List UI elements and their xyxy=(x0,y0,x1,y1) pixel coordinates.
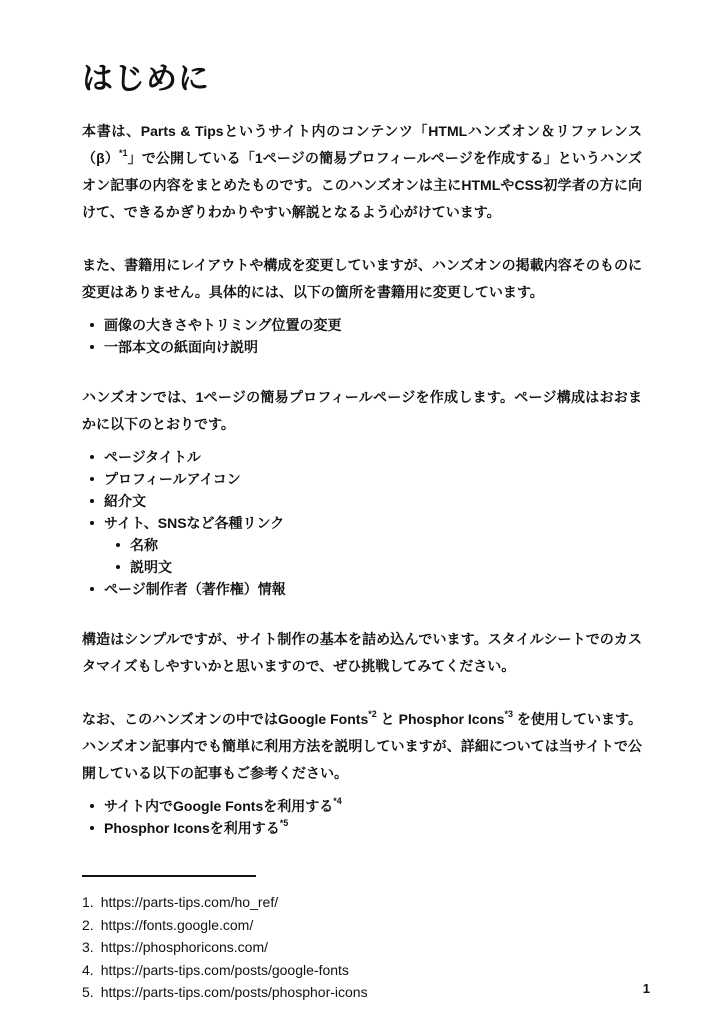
footnote-item: 2. https://fonts.google.com/ xyxy=(82,914,642,937)
paragraph-tools-text-2: と Phosphor Icons xyxy=(377,711,505,727)
footnote-number: 4. xyxy=(82,959,94,982)
footnote-url: https://fonts.google.com/ xyxy=(101,914,254,937)
footnote-ref-4: *4 xyxy=(333,796,342,806)
document-page: はじめに 本書は、Parts & Tipsというサイト内のコンテンツ「HTMLハ… xyxy=(0,0,722,1024)
footnote-item: 5. https://parts-tips.com/posts/phosphor… xyxy=(82,981,642,1004)
page-structure-list: ページタイトル プロフィールアイコン 紹介文 サイト、SNSなど各種リンク 名称… xyxy=(82,446,642,600)
list-item-label: サイト内でGoogle Fontsを利用する xyxy=(104,798,333,814)
list-item-label: サイト、SNSなど各種リンク xyxy=(104,515,284,531)
footnote-ref-3: *3 xyxy=(504,709,513,719)
paragraph-tools-note: なお、このハンズオンの中ではGoogle Fonts*2 と Phosphor … xyxy=(82,706,642,787)
reference-articles-list: サイト内でGoogle Fontsを利用する*4 Phosphor Iconsを… xyxy=(82,795,642,839)
footnote-url: https://parts-tips.com/posts/google-font… xyxy=(101,959,349,982)
footnote-url: https://parts-tips.com/posts/phosphor-ic… xyxy=(101,981,368,1004)
footnote-ref-1: *1 xyxy=(119,148,128,158)
link-sub-list: 名称 説明文 xyxy=(104,534,642,578)
footnote-item: 1. https://parts-tips.com/ho_ref/ xyxy=(82,891,642,914)
footnotes-section: 1. https://parts-tips.com/ho_ref/ 2. htt… xyxy=(82,891,642,1004)
paragraph-structure-note: 構造はシンプルですが、サイト制作の基本を詰め込んでいます。スタイルシートでのカス… xyxy=(82,626,642,680)
page-title: はじめに xyxy=(82,60,642,98)
list-item: サイト、SNSなど各種リンク 名称 説明文 xyxy=(90,512,642,578)
footnote-number: 5. xyxy=(82,981,94,1004)
sub-list-item: 説明文 xyxy=(116,556,642,578)
footnote-number: 2. xyxy=(82,914,94,937)
list-item: ページタイトル xyxy=(90,446,642,468)
paragraph-intro-text-2: 」で公開している「1ページの簡易プロフィールページを作成する」というハンズオン記… xyxy=(82,150,642,220)
footnote-number: 1. xyxy=(82,891,94,914)
footnote-item: 4. https://parts-tips.com/posts/google-f… xyxy=(82,959,642,982)
footnote-number: 3. xyxy=(82,936,94,959)
footnote-ref-5: *5 xyxy=(280,818,289,828)
footnote-item: 3. https://phosphoricons.com/ xyxy=(82,936,642,959)
list-item-label: Phosphor Iconsを利用する xyxy=(104,820,280,836)
list-item: 画像の大きさやトリミング位置の変更 xyxy=(90,314,642,336)
footnote-url: https://parts-tips.com/ho_ref/ xyxy=(101,891,278,914)
footnote-separator xyxy=(82,875,256,877)
footnote-ref-2: *2 xyxy=(368,709,377,719)
page-number: 1 xyxy=(643,981,650,996)
footnote-url: https://phosphoricons.com/ xyxy=(101,936,268,959)
list-item: Phosphor Iconsを利用する*5 xyxy=(90,817,642,839)
paragraph-intro: 本書は、Parts & Tipsというサイト内のコンテンツ「HTMLハンズオン＆… xyxy=(82,118,642,226)
paragraph-hands-on-overview: ハンズオンでは、1ページの簡易プロフィールページを作成します。ページ構成はおおま… xyxy=(82,384,642,438)
changes-list: 画像の大きさやトリミング位置の変更 一部本文の紙面向け説明 xyxy=(82,314,642,358)
list-item: 一部本文の紙面向け説明 xyxy=(90,336,642,358)
paragraph-book-changes: また、書籍用にレイアウトや構成を変更していますが、ハンズオンの掲載内容そのものに… xyxy=(82,252,642,306)
list-item: プロフィールアイコン xyxy=(90,468,642,490)
list-item: ページ制作者（著作権）情報 xyxy=(90,578,642,600)
sub-list-item: 名称 xyxy=(116,534,642,556)
paragraph-tools-text-1: なお、このハンズオンの中ではGoogle Fonts xyxy=(82,711,368,727)
list-item: サイト内でGoogle Fontsを利用する*4 xyxy=(90,795,642,817)
list-item: 紹介文 xyxy=(90,490,642,512)
